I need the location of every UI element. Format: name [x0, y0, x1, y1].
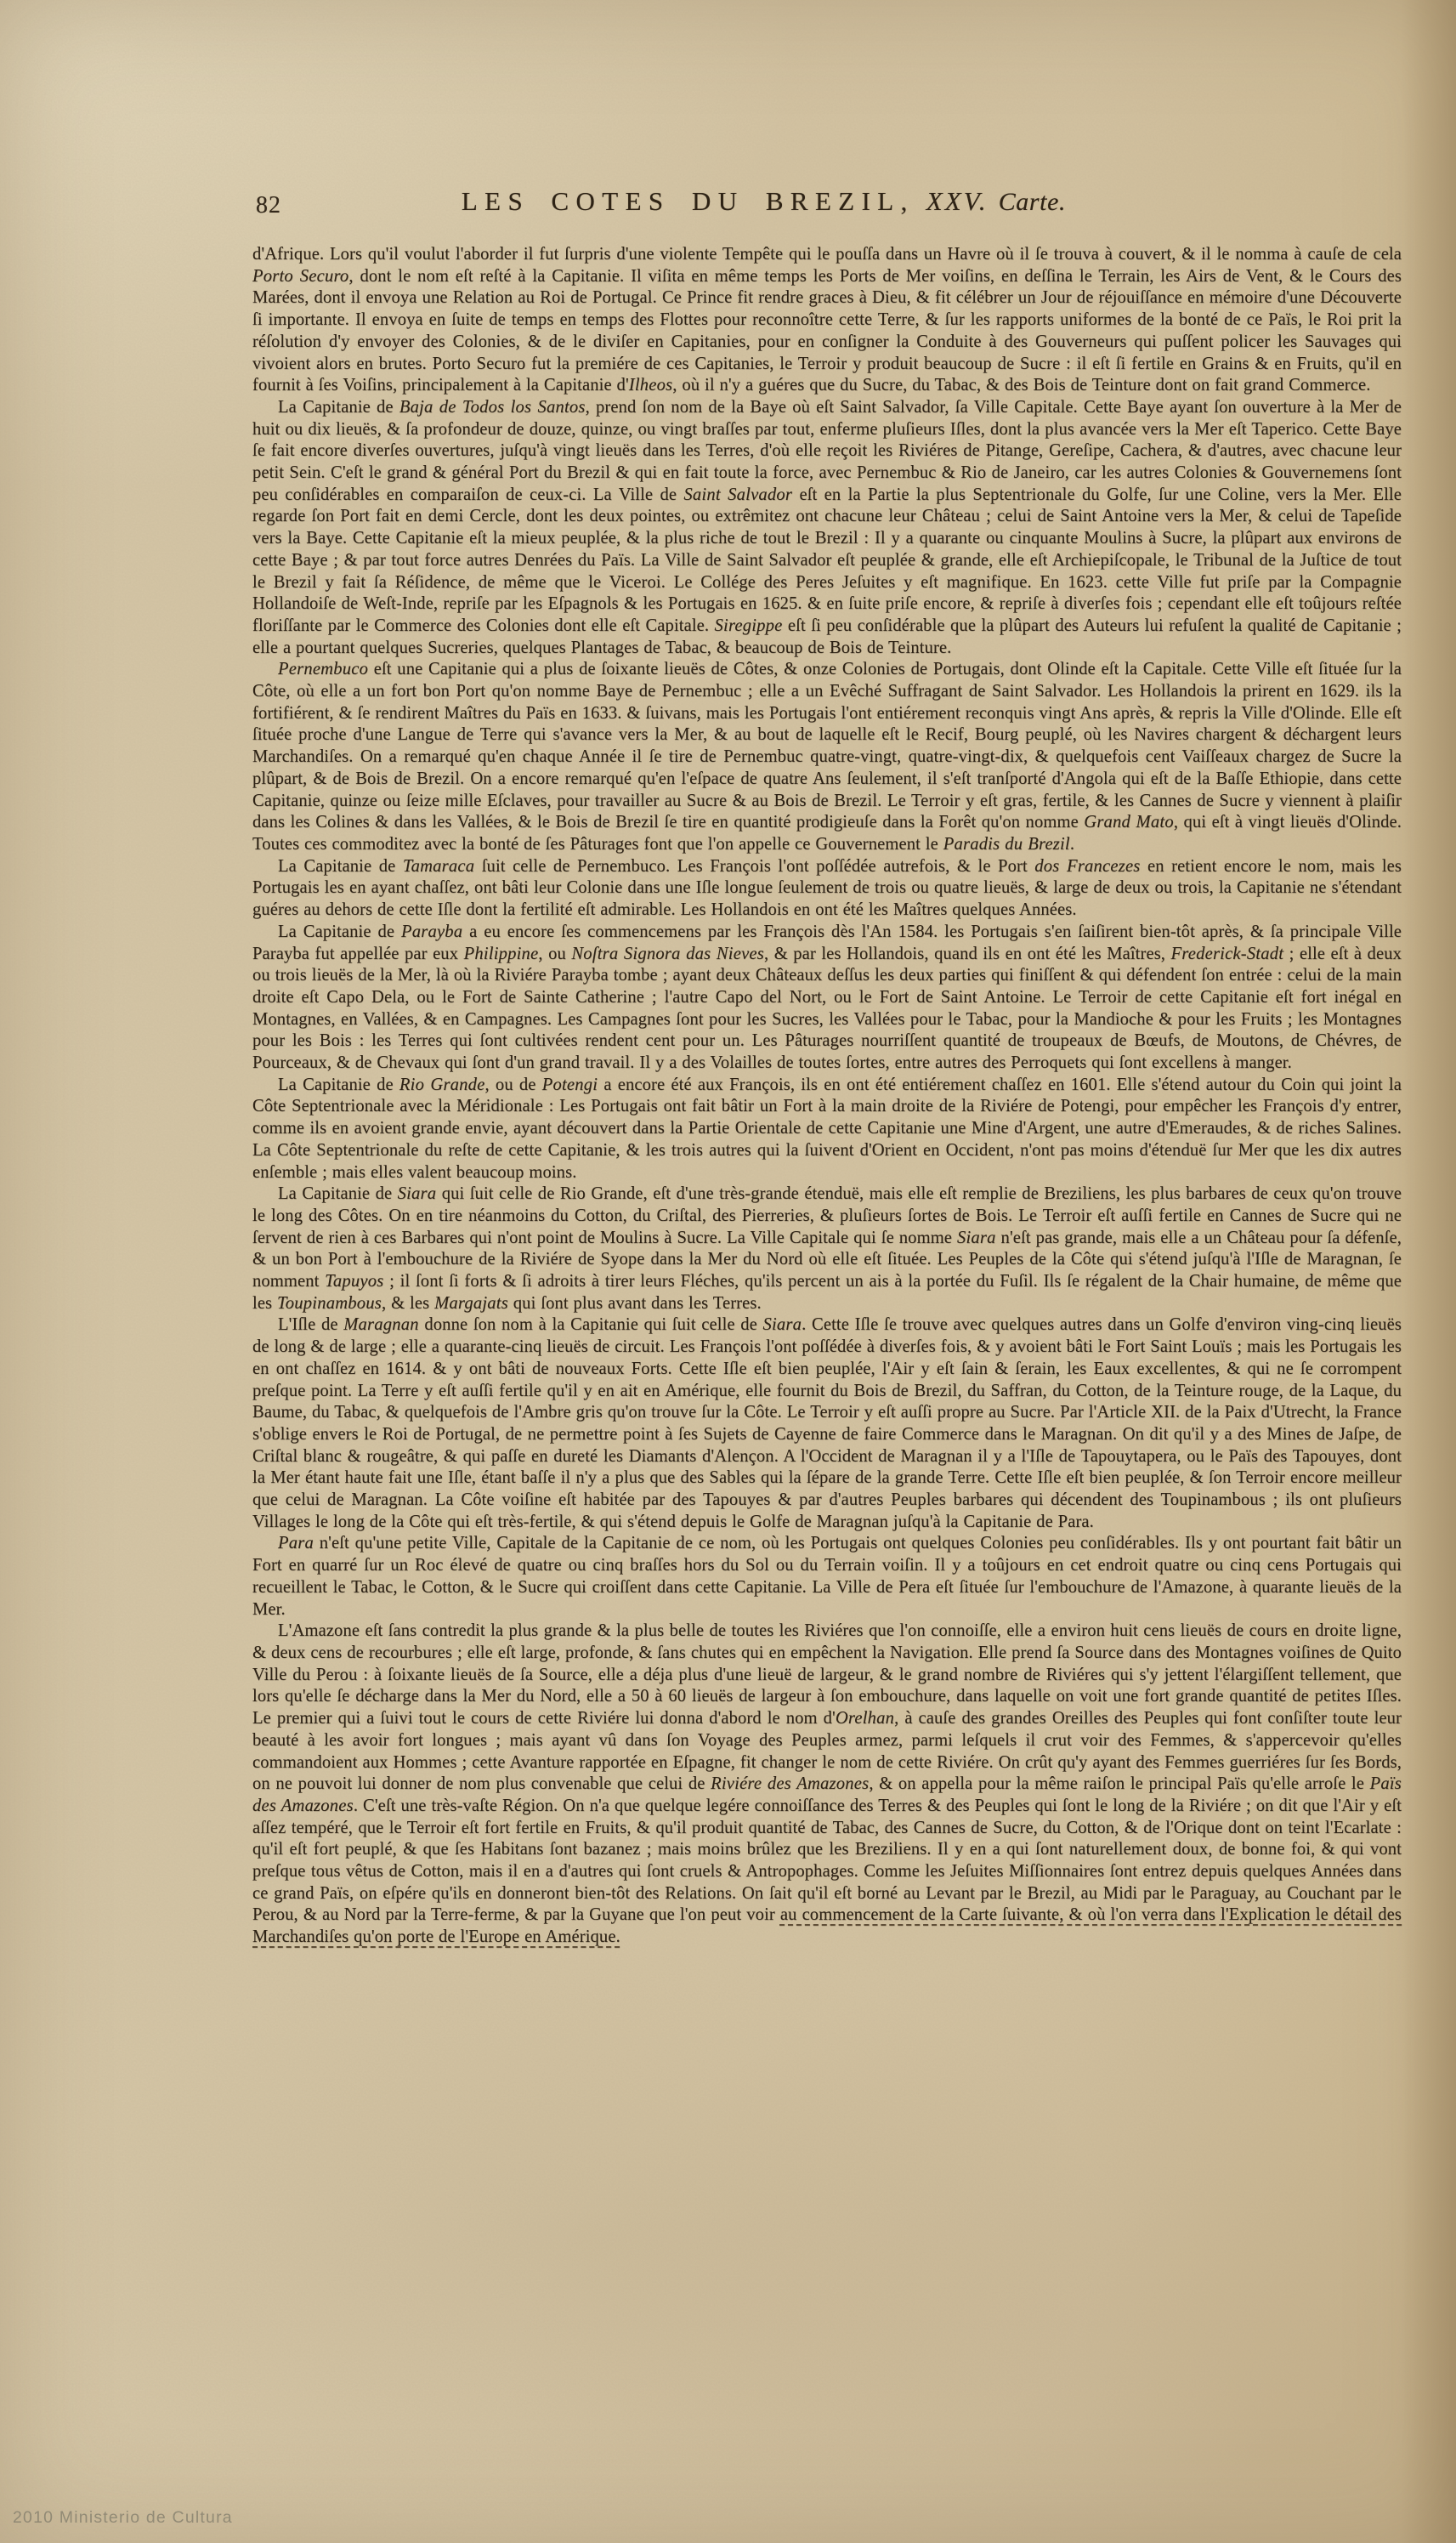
paragraph: La Capitanie de Rio Grande, ou de Poteng…: [252, 1075, 1402, 1184]
paragraph: L'Amazone eſt ſans contredit la plus gra…: [252, 1621, 1402, 1949]
paragraph: La Capitanie de Tamaraca ſuit celle de P…: [252, 856, 1402, 922]
page-edge-shading: [1402, 0, 1456, 2543]
paragraph: La Capitanie de Baja de Todos los Santos…: [252, 397, 1402, 659]
page-title: LES COTES DU BREZIL,XXV.Carte.: [71, 186, 1456, 217]
page-title-main: LES COTES DU BREZIL,: [462, 186, 915, 216]
watermark: 2010 Ministerio de Cultura: [13, 2508, 233, 2528]
page-title-numeral: XXV.: [926, 186, 989, 216]
paragraph: d'Afrique. Lors qu'il voulut l'aborder i…: [252, 244, 1402, 397]
paragraph: L'Iſle de Maragnan donne ſon nom à la Ca…: [252, 1314, 1402, 1533]
page-title-suffix: Carte.: [999, 188, 1066, 216]
paragraph: La Capitanie de Siara qui ſuit celle de …: [252, 1184, 1402, 1314]
body-text: d'Afrique. Lors qu'il voulut l'aborder i…: [252, 244, 1402, 1949]
paragraph: La Capitanie de Parayba a eu encore ſes …: [252, 922, 1402, 1075]
paragraph: Para n'eſt qu'une petite Ville, Capitale…: [252, 1533, 1402, 1621]
page-scan: 82 LES COTES DU BREZIL,XXV.Carte. d'Afri…: [0, 0, 1456, 2543]
paragraph: Pernembuco eſt une Capitanie qui a plus …: [252, 659, 1402, 855]
